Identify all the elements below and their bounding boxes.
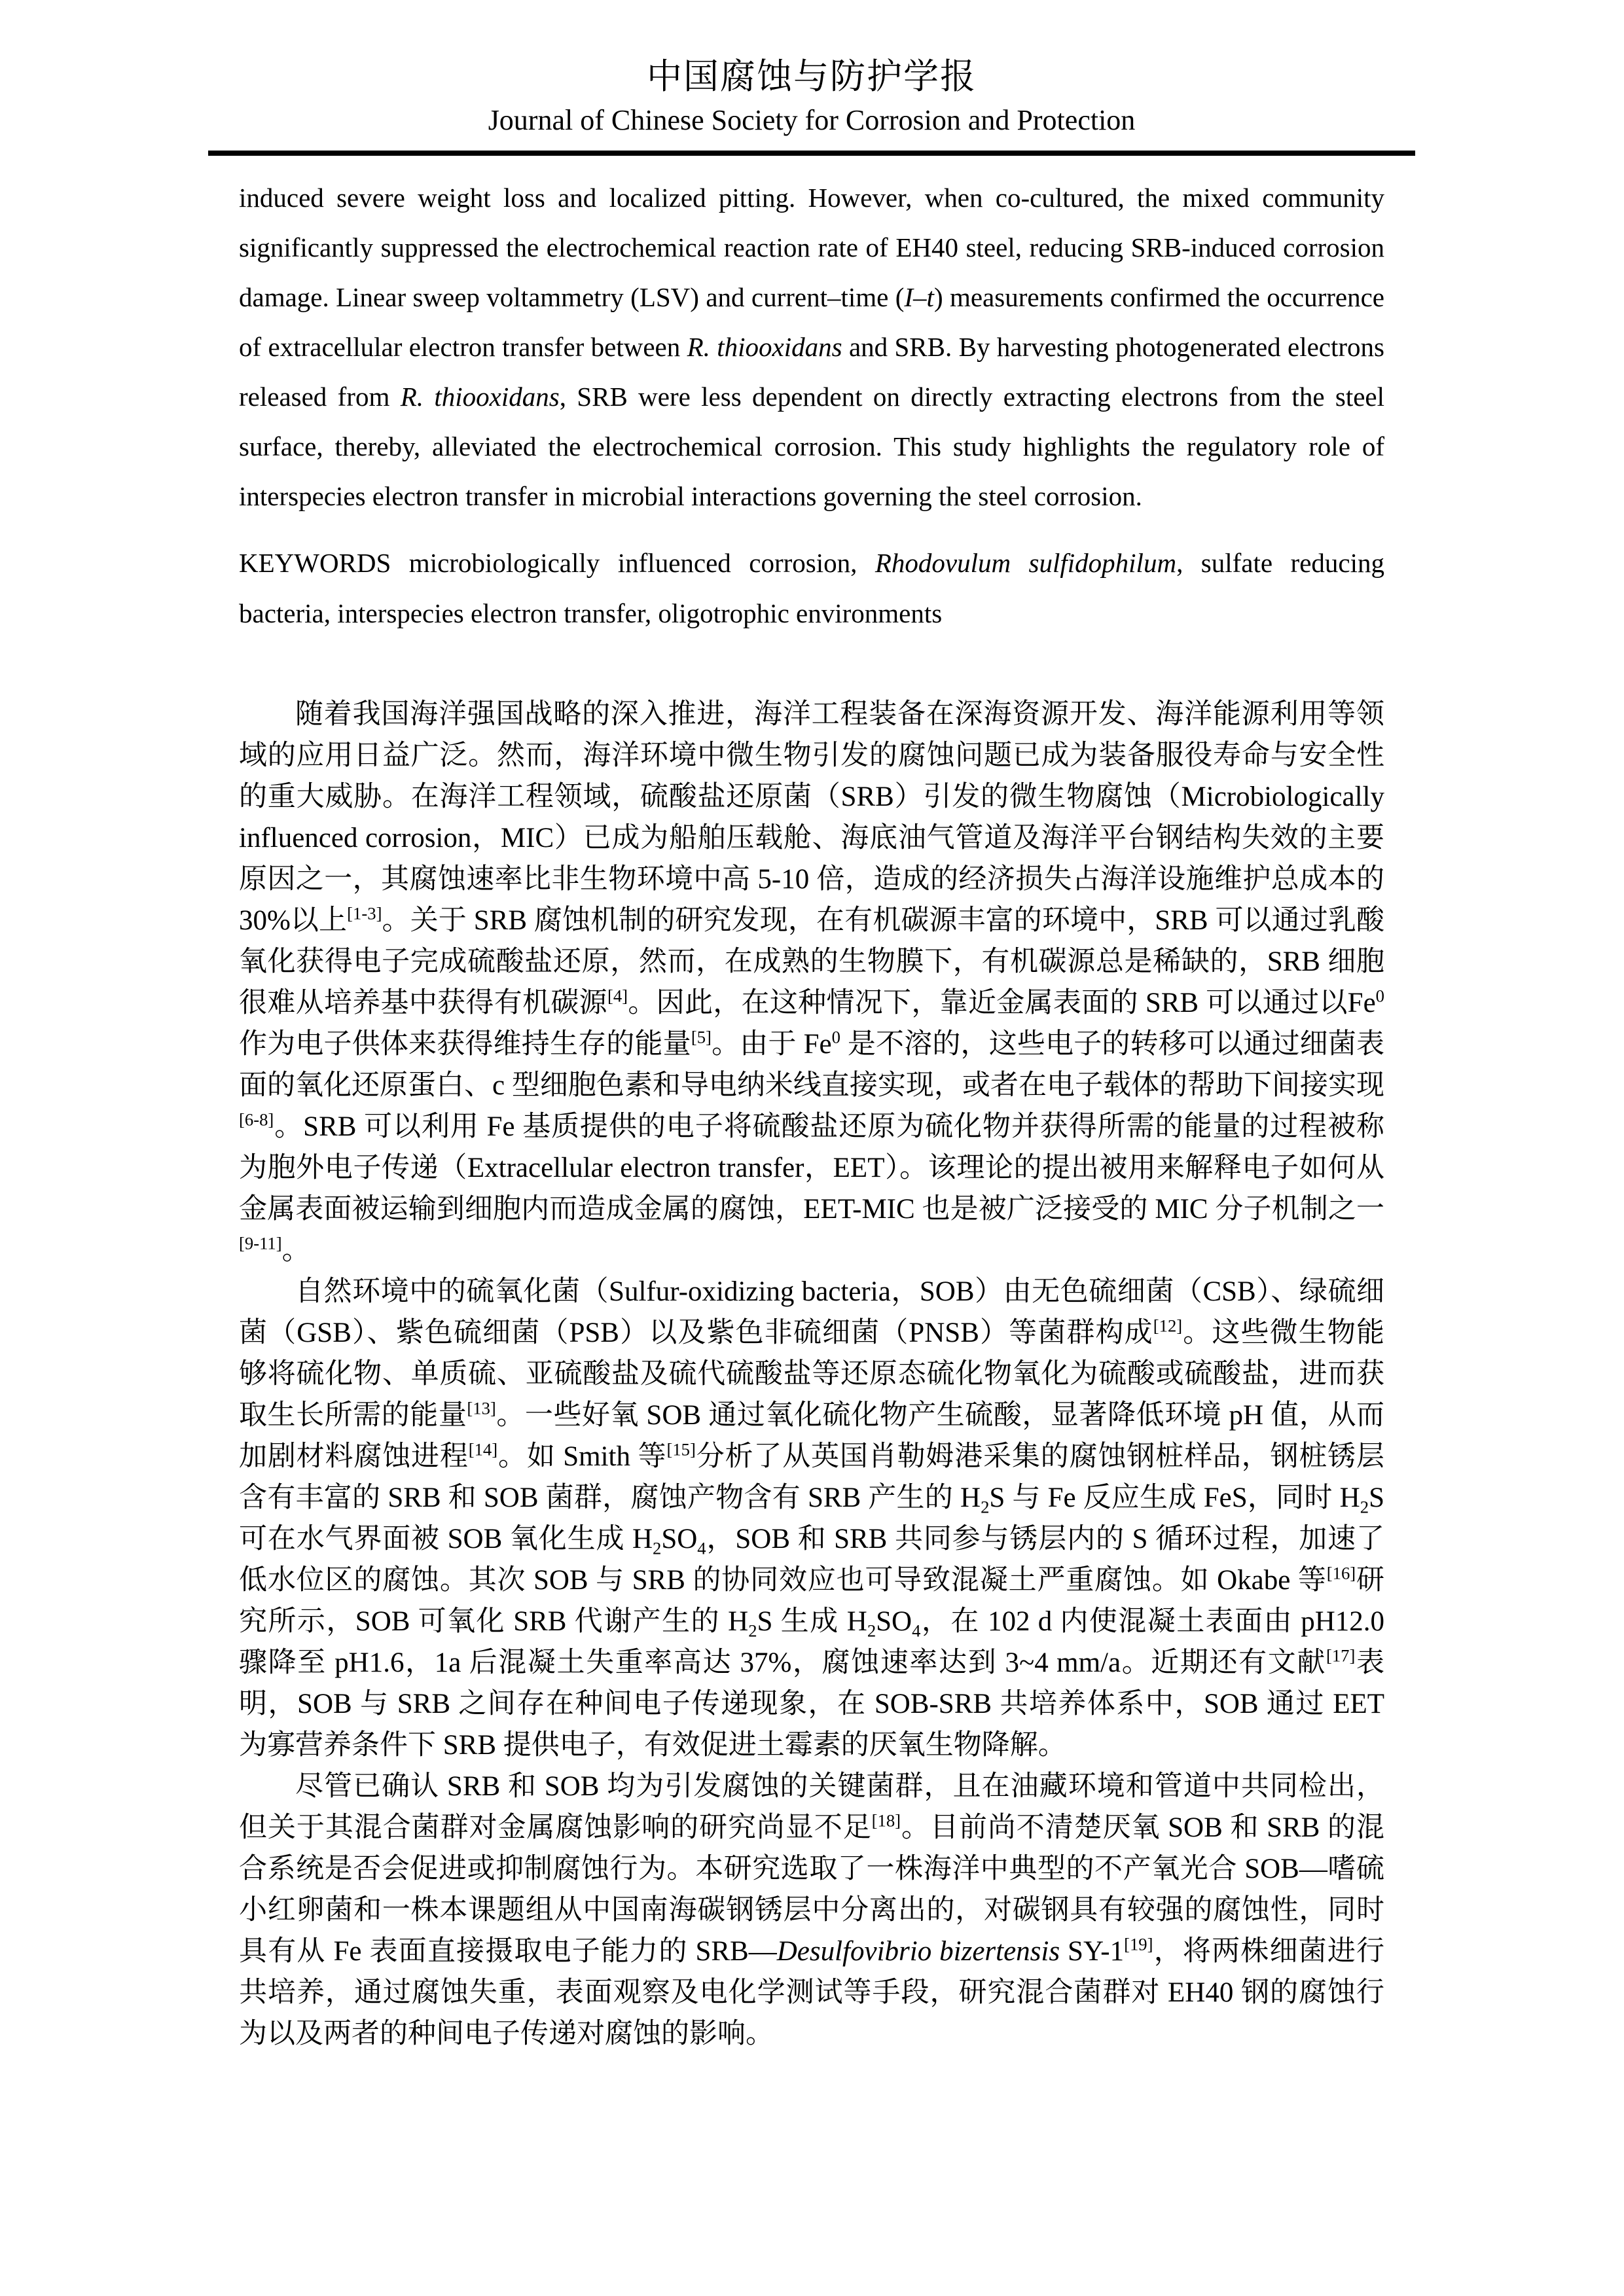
superscript-run: [9-11] — [239, 1234, 282, 1253]
superscript-run: [12] — [1153, 1316, 1182, 1336]
superscript-run: [18] — [872, 1811, 901, 1831]
superscript-run: [15] — [666, 1440, 695, 1460]
text-run: 随着我国海洋强国战略的深入推进，海洋工程装备在深海资源开发、海洋能源利用等领域的… — [239, 699, 1384, 936]
text-run: SO — [661, 1524, 697, 1554]
text-run: 。 — [282, 1235, 310, 1266]
text-run: 作为电子供体来获得维持生存的能量 — [239, 1029, 691, 1060]
text-run: SY-1 — [1060, 1936, 1124, 1967]
header-rule — [208, 151, 1415, 156]
superscript-run: [13] — [467, 1399, 496, 1418]
text-run: KEYWORDS microbiologically influenced co… — [239, 548, 875, 578]
text-run: S 生成 H — [757, 1606, 867, 1637]
paper-page: 中国腐蚀与防护学报 Journal of Chinese Society for… — [0, 0, 1624, 2296]
superscript-run: 0 — [832, 1028, 840, 1047]
superscript-run: [4] — [607, 986, 628, 1006]
superscript-run: [19] — [1124, 1935, 1153, 1954]
superscript-run: [17] — [1326, 1646, 1355, 1666]
text-run: 。SRB 可以利用 Fe 基质提供的电子将硫酸盐还原为硫化物并获得所需的能量的过… — [239, 1111, 1384, 1225]
text-run: 。如 Smith 等 — [497, 1441, 666, 1472]
subscript-run: 4 — [697, 1539, 706, 1558]
journal-title-zh: 中国腐蚀与防护学报 — [239, 56, 1384, 97]
page-body: induced severe weight loss and localized… — [239, 173, 1384, 2054]
superscript-run: 0 — [1376, 986, 1384, 1006]
italic-run: R. thiooxidans — [687, 332, 842, 362]
superscript-run: [1-3] — [347, 904, 382, 924]
intro-paragraph-3: 尽管已确认 SRB 和 SOB 均为引发腐蚀的关键菌群，且在油藏环境和管道中共同… — [239, 1766, 1384, 2054]
text-run: SO — [876, 1606, 912, 1637]
abstract-continued-paragraph: induced severe weight loss and localized… — [239, 173, 1384, 521]
superscript-run: [16] — [1327, 1564, 1356, 1583]
journal-title-en: Journal of Chinese Society for Corrosion… — [239, 105, 1384, 136]
subscript-run: 2 — [867, 1621, 876, 1641]
journal-header: 中国腐蚀与防护学报 Journal of Chinese Society for… — [239, 0, 1384, 156]
italic-run: Rhodovulum sulfidophilum — [875, 548, 1176, 578]
subscript-run: 2 — [1360, 1498, 1369, 1517]
subscript-run: 2 — [748, 1621, 757, 1641]
subscript-run: 2 — [981, 1498, 989, 1517]
subscript-run: 2 — [653, 1539, 661, 1558]
superscript-run: [14] — [469, 1440, 497, 1460]
keywords-paragraph: KEYWORDS microbiologically influenced co… — [239, 538, 1384, 639]
text-run: 。由于 Fe — [712, 1029, 832, 1060]
intro-paragraph-1: 随着我国海洋强国战略的深入推进，海洋工程装备在深海资源开发、海洋能源利用等领域的… — [239, 694, 1384, 1271]
superscript-run: [6-8] — [239, 1110, 274, 1130]
subscript-run: 4 — [912, 1621, 920, 1641]
text-run: 。因此，在这种情况下，靠近金属表面的 SRB 可以通过以Fe — [628, 988, 1376, 1018]
italic-run: Desulfovibrio bizertensis — [777, 1936, 1060, 1967]
intro-paragraph-2: 自然环境中的硫氧化菌（Sulfur-oxidizing bacteria，SOB… — [239, 1271, 1384, 1766]
text-run: S 与 Fe 反应生成 FeS，同时 H — [989, 1482, 1360, 1513]
italic-run: R. thiooxidans — [401, 382, 560, 412]
italic-run: I–t — [904, 282, 934, 312]
superscript-run: [5] — [691, 1028, 712, 1047]
chinese-introduction: 随着我国海洋强国战略的深入推进，海洋工程装备在深海资源开发、海洋能源利用等领域的… — [239, 694, 1384, 2054]
